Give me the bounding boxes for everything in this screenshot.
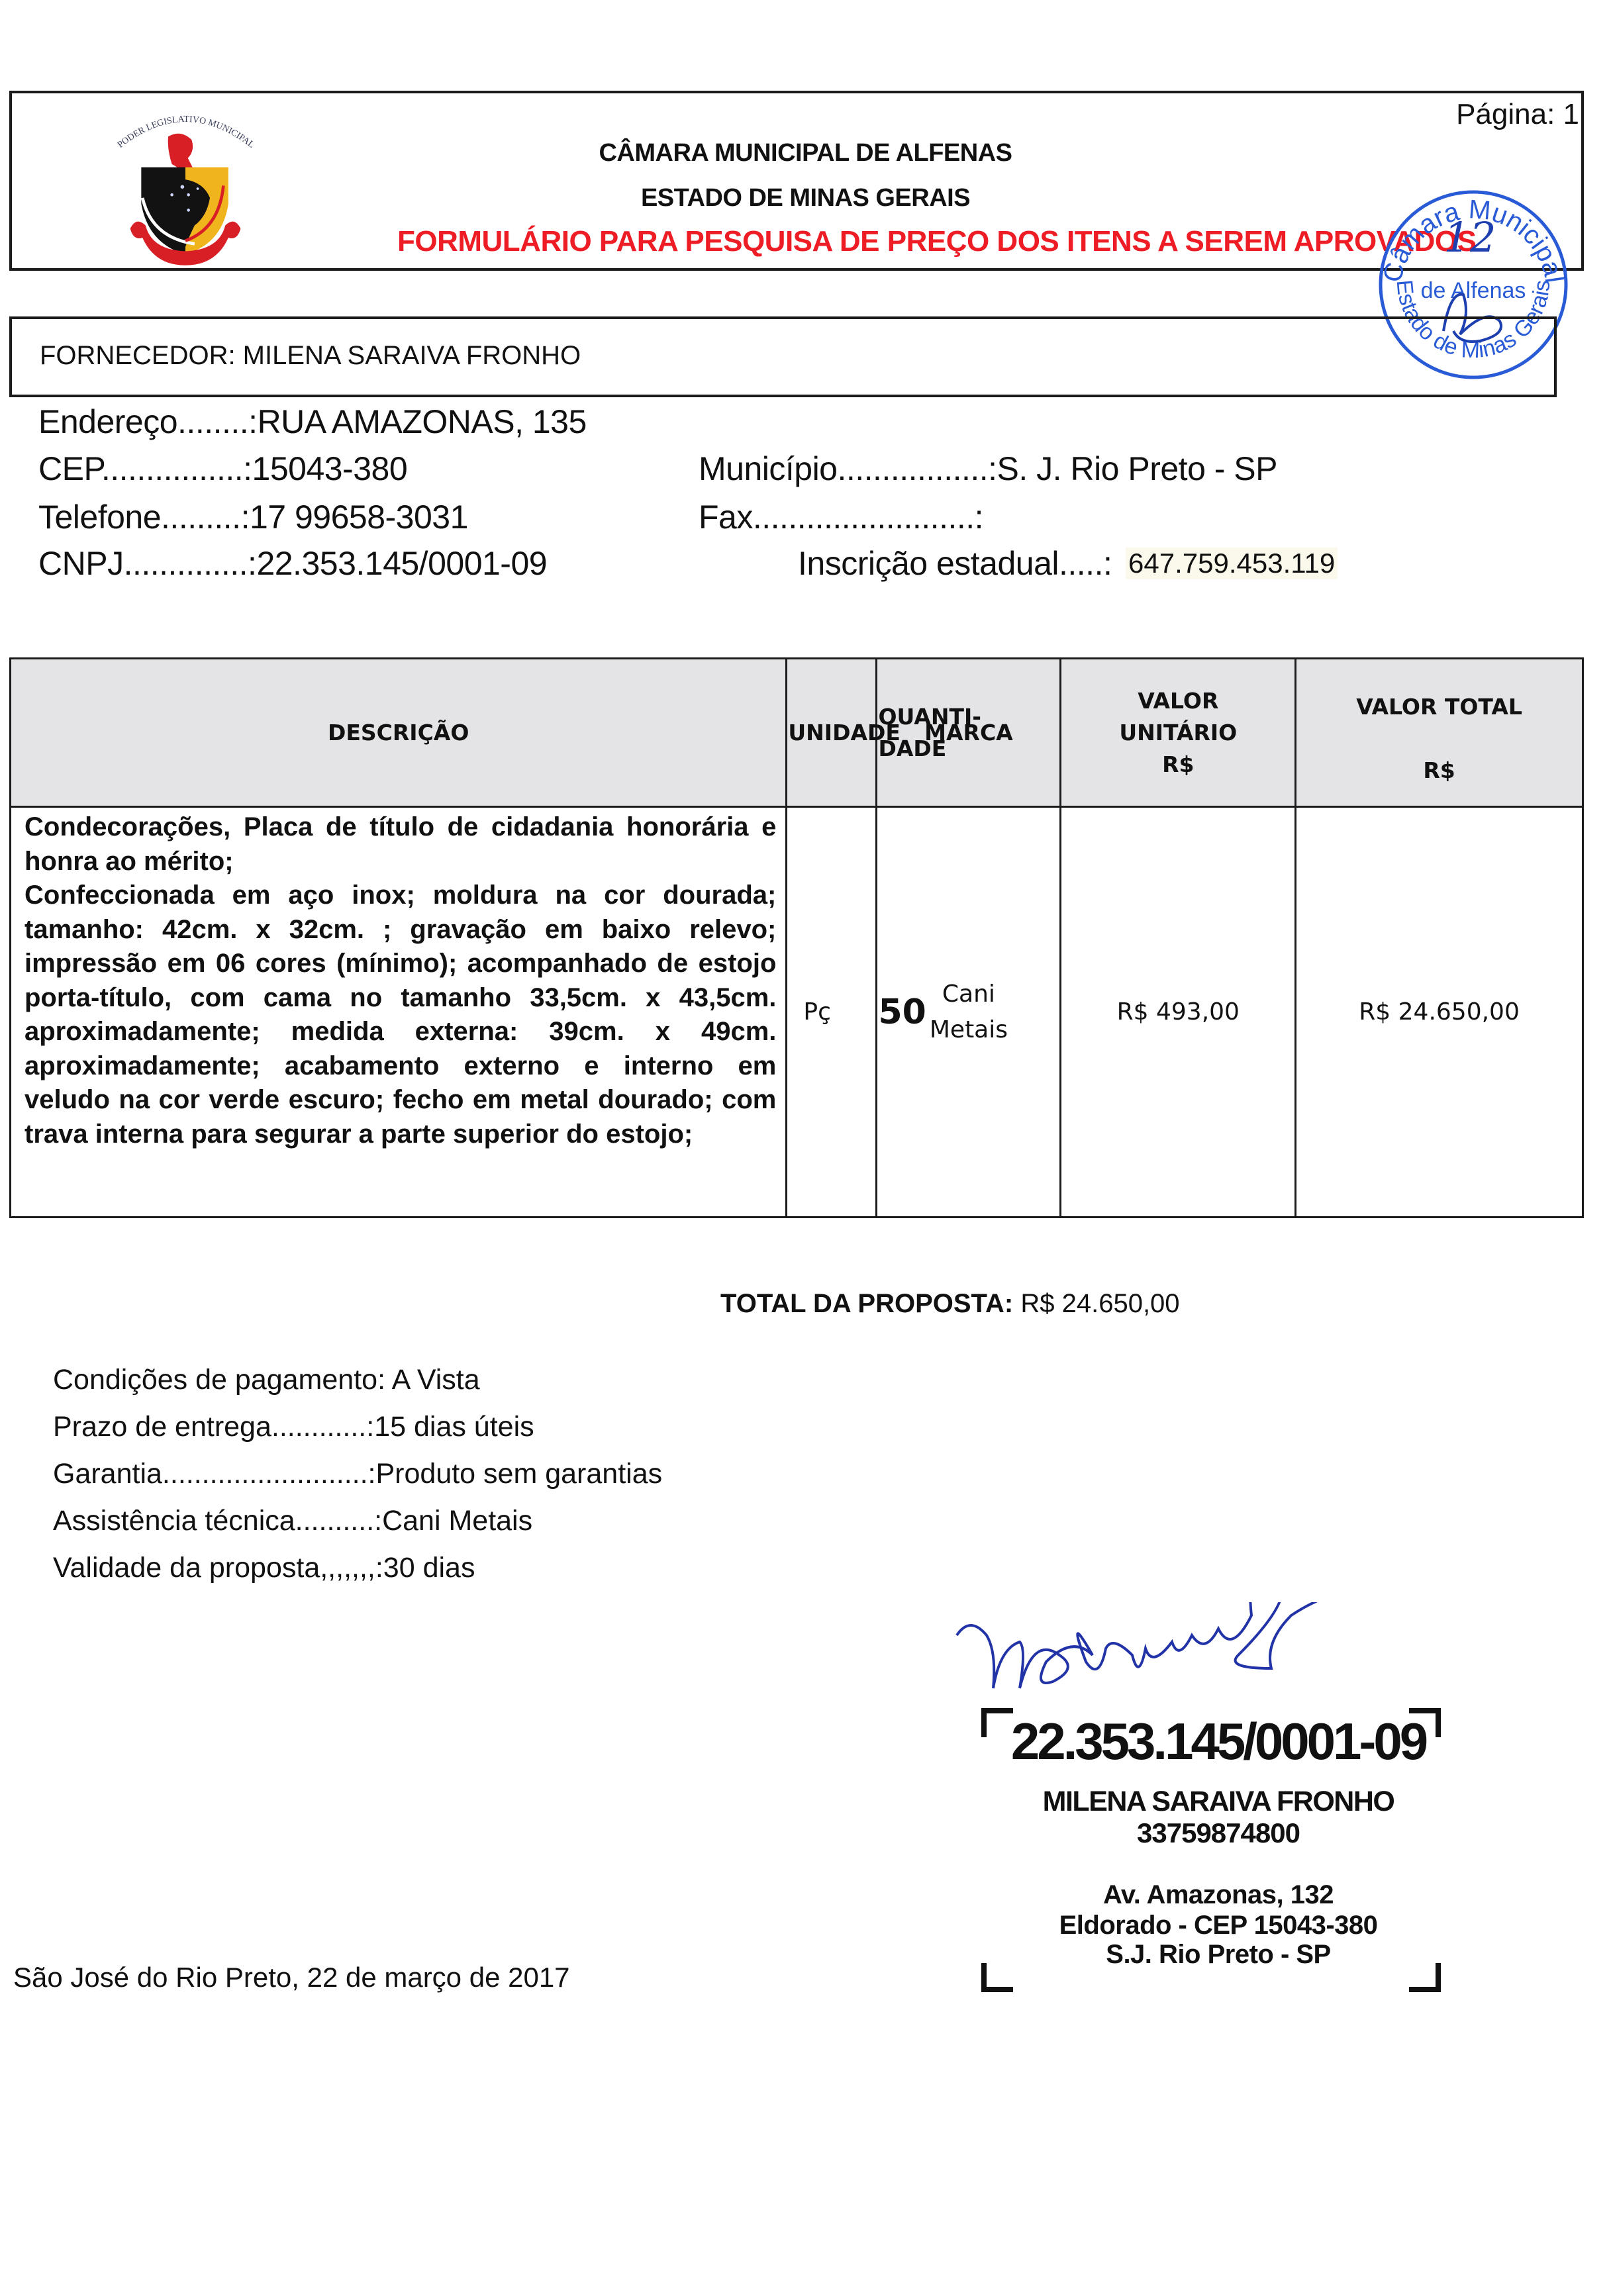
payment-conditions: Condições de pagamento: A Vista bbox=[53, 1364, 480, 1396]
company-stamp-cnpj: 22.353.145/0001-09 bbox=[993, 1711, 1443, 1772]
svg-text:de Alfenas: de Alfenas bbox=[1421, 278, 1526, 303]
technical-assistance: Assistência técnica..........:Cani Metai… bbox=[53, 1505, 532, 1537]
proposal-total: TOTAL DA PROPOSTA: R$ 24.650,00 bbox=[720, 1289, 1180, 1319]
proposal-validity: Validade da proposta,,,,,,,:30 dias bbox=[53, 1552, 475, 1584]
item-total-price: R$ 24.650,00 bbox=[1296, 807, 1583, 1218]
header-marca: MARCA bbox=[877, 659, 1061, 807]
header-valor-unitario: VALORUNITÁRIOR$ bbox=[1061, 659, 1296, 807]
items-table: DESCRIÇÃO UNIDADE QUANTI-DADE MARCA VALO… bbox=[9, 657, 1584, 1218]
cep-field: CEP................:15043-380 bbox=[38, 450, 407, 488]
header-descricao: DESCRIÇÃO bbox=[11, 659, 787, 807]
company-stamp-id: 33759874800 bbox=[993, 1817, 1443, 1849]
place-and-date: São José do Rio Preto, 22 de março de 20… bbox=[13, 1962, 570, 1993]
item-unit: Pç bbox=[787, 807, 877, 1218]
company-stamp-address: S.J. Rio Preto - SP bbox=[993, 1940, 1443, 1970]
page-number: Página: 1 bbox=[1456, 98, 1579, 131]
fax-field: Fax.........................: bbox=[699, 498, 983, 536]
delivery-term: Prazo de entrega............:15 dias úte… bbox=[53, 1411, 534, 1443]
phone-field: Telefone.........:17 99658-3031 bbox=[38, 498, 468, 536]
header-valor-total: VALOR TOTALR$ bbox=[1296, 659, 1583, 807]
form-title: FORMULÁRIO PARA PESQUISA DE PREÇO DOS IT… bbox=[397, 225, 1476, 258]
warranty: Garantia..........................:Produ… bbox=[53, 1458, 662, 1490]
header-unidade: UNIDADE bbox=[787, 659, 877, 807]
table-row: Condecorações, Placa de título de cidada… bbox=[11, 807, 1583, 1218]
supplier-name: FORNECEDOR: MILENA SARAIVA FRONHO bbox=[40, 341, 581, 371]
proposal-total-label: TOTAL DA PROPOSTA: bbox=[720, 1289, 1013, 1318]
svg-text:12: 12 bbox=[1444, 213, 1496, 262]
institution-title: CÂMARA MUNICIPAL DE ALFENAS bbox=[0, 139, 1611, 167]
municipality-field: Município.................:S. J. Rio Pre… bbox=[699, 450, 1277, 488]
table-header-row: DESCRIÇÃO UNIDADE QUANTI-DADE MARCA VALO… bbox=[11, 659, 1583, 807]
signature-icon bbox=[953, 1602, 1470, 1721]
cnpj-field: CNPJ..............:22.353.145/0001-09 bbox=[38, 544, 547, 583]
proposal-total-value: R$ 24.650,00 bbox=[1013, 1289, 1179, 1318]
state-registration-value: 647.759.453.119 bbox=[1126, 548, 1338, 579]
address-field: Endereço........:RUA AMAZONAS, 135 bbox=[38, 403, 587, 441]
company-stamp-name: MILENA SARAIVA FRONHO bbox=[993, 1786, 1443, 1818]
company-stamp-address: Av. Amazonas, 132 bbox=[993, 1880, 1443, 1910]
state-title: ESTADO DE MINAS GERAIS bbox=[0, 184, 1611, 213]
item-description: Condecorações, Placa de título de cidada… bbox=[11, 807, 787, 1218]
item-unit-price: R$ 493,00 bbox=[1061, 807, 1296, 1218]
state-registration-label: Inscrição estadual.....: bbox=[798, 544, 1112, 583]
company-stamp-address: Eldorado - CEP 15043-380 bbox=[993, 1911, 1443, 1940]
